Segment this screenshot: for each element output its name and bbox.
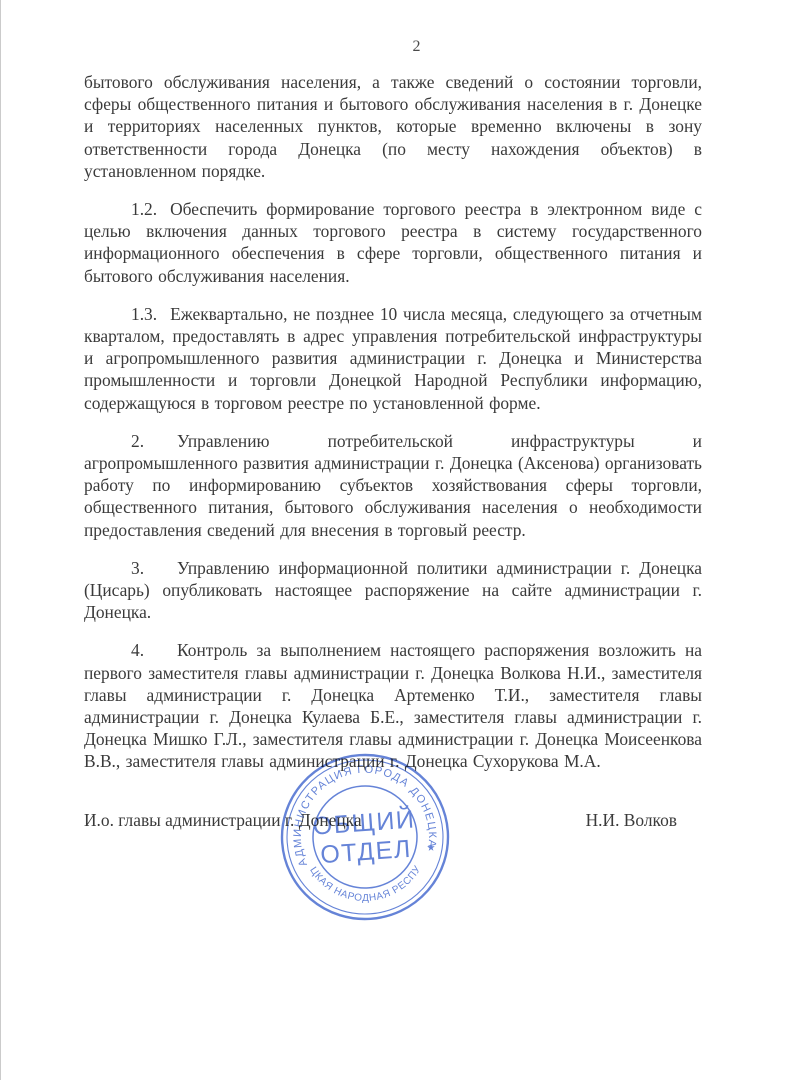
paragraph-text: Управлению информационной политики админ…: [84, 558, 702, 622]
paragraph-1-3: 1.3.Ежеквартально, не позднее 10 числа м…: [84, 303, 702, 414]
paragraph-2: 2.Управлению потребительской инфраструкт…: [84, 430, 702, 541]
paragraph-text: Обеспечить формирование торгового реестр…: [84, 199, 702, 286]
paragraph-continuation: бытового обслуживания населения, а также…: [84, 71, 702, 182]
paragraph-number: 4.: [131, 640, 177, 660]
paragraph-number: 2.: [131, 431, 177, 451]
paragraph-number: 1.3.: [131, 304, 170, 324]
stamp-center-line-2: ОТДЕЛ: [319, 835, 412, 869]
signature-name: Н.И. Волков: [586, 810, 677, 831]
paragraph-text: Управлению потребительской инфраструктур…: [84, 431, 702, 540]
signature-row: И.о. главы администрации г. Донецка Н.И.…: [84, 810, 702, 831]
paragraph-3: 3.Управлению информационной политики адм…: [84, 557, 702, 624]
paragraph-number: 3.: [131, 558, 177, 578]
page-number: 2: [0, 38, 785, 56]
signature-role: И.о. главы администрации г. Донецка: [84, 810, 362, 831]
paragraph-4: 4.Контроль за выполнением настоящего рас…: [84, 639, 702, 772]
paragraph-text: Контроль за выполнением настоящего распо…: [84, 640, 702, 771]
paragraph-text: бытового обслуживания населения, а также…: [84, 72, 702, 181]
paragraph-text: Ежеквартально, не позднее 10 числа месяц…: [84, 304, 702, 413]
scan-edge-artifact: [0, 0, 1, 1080]
stamp-star-icon: ★: [424, 842, 437, 854]
paragraph-number: 1.2.: [131, 199, 170, 219]
document-body: бытового обслуживания населения, а также…: [84, 71, 702, 831]
paragraph-1-2: 1.2.Обеспечить формирование торгового ре…: [84, 198, 702, 287]
